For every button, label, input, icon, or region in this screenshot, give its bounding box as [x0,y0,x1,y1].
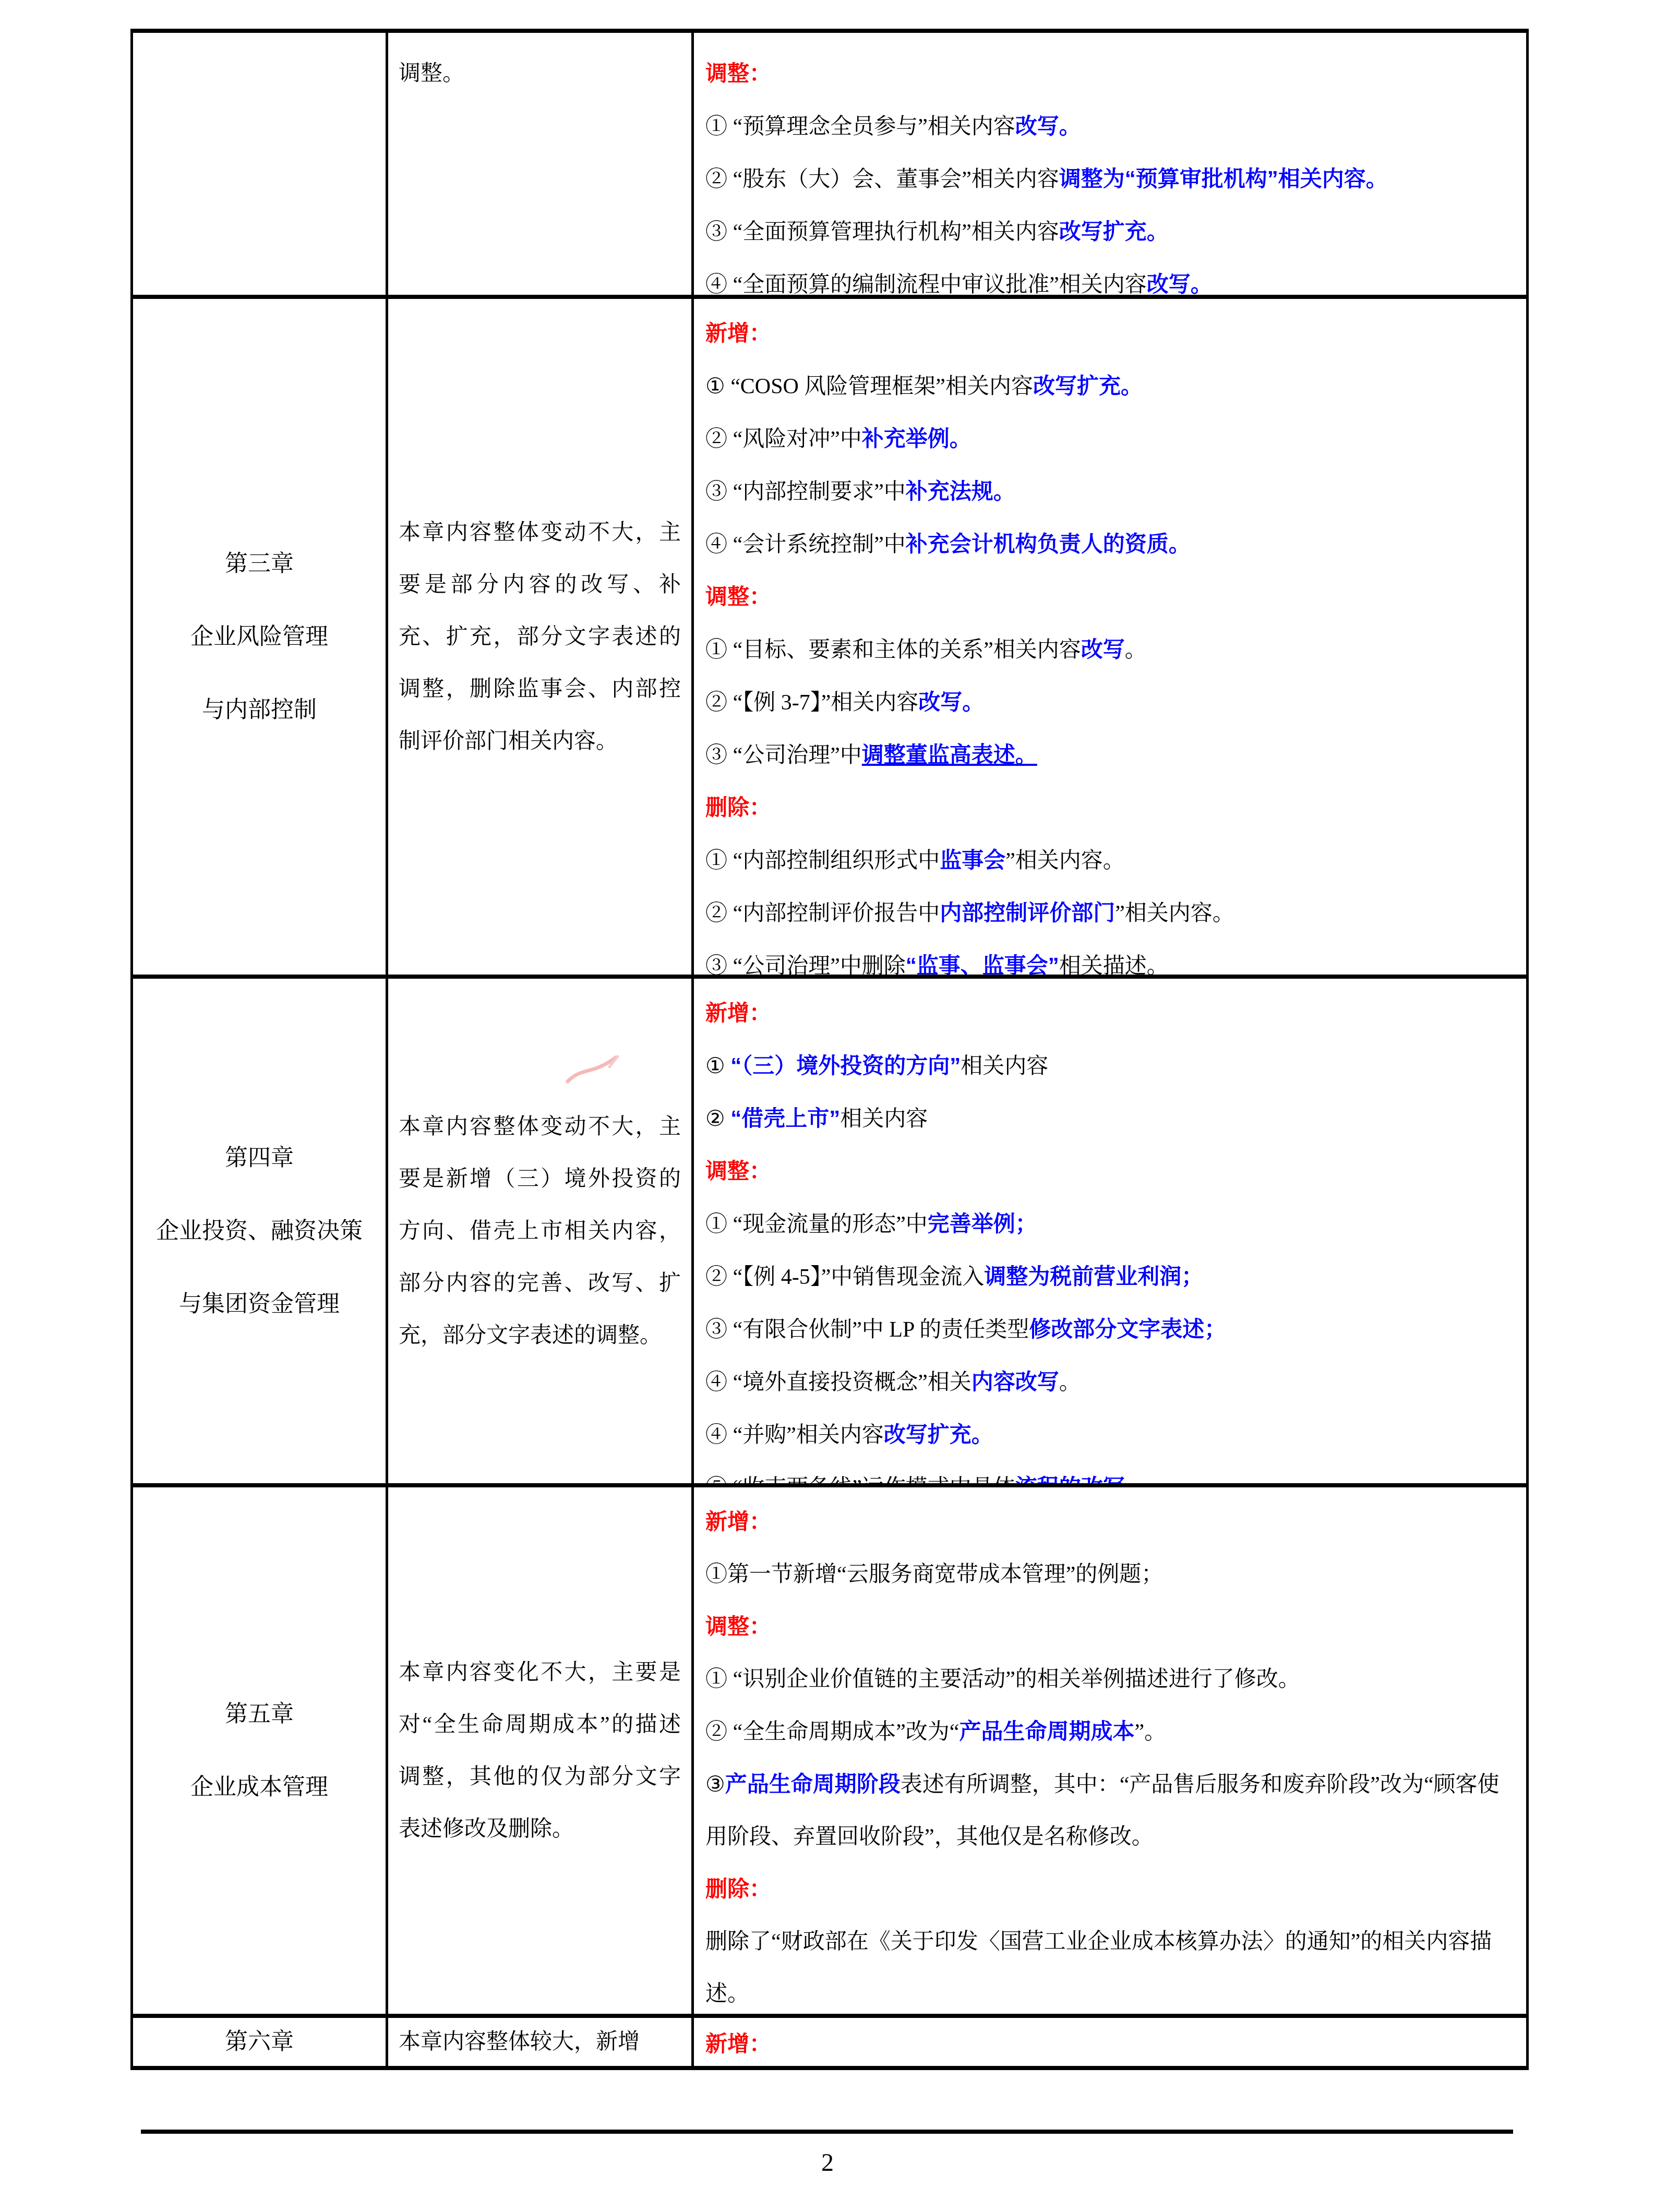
text-run: ① [705,1054,730,1078]
emphasis-run: 改写 [1081,637,1125,662]
table-row-2: 第四章企业投资、融资决策与集团资金管理本章内容整体变动不大，主要是新增（三）境外… [130,979,1529,1487]
change-item: ①第一节新增“云服务商宽带成本管理”的例题； [705,1548,1518,1601]
emphasis-run: “监事、监事会” [906,953,1059,975]
text-run: ③ [705,1773,725,1797]
page-number: 2 [0,2148,1655,2177]
text-run: ”相关内容。 [1115,901,1234,925]
section-label-run: 删除： [705,1877,771,1901]
summary-text: 本章内容变化不大，主要是对“全生命周期成本”的描述调整，其他的仅为部分文字表述修… [399,1646,681,1855]
change-item: ② “风险对冲”中补充举例。 [705,413,1518,465]
text-run: ② [705,1107,730,1131]
text-run: ① “内部控制组织形式中 [705,849,940,873]
emphasis-run: “（三）境外投资的方向” [730,1053,961,1078]
summary-cell: 本章内容整体变动不大，主要是部分内容的改写、补充、扩充，部分文字表述的调整，删除… [388,299,694,975]
text-run: ④ “全面预算的编制流程中审议批准”相关内容 [705,273,1147,295]
change-item: ③ “公司治理”中删除“监事、监事会”相关描述。 [705,940,1518,975]
details-cell: 新增：① “COSO 风险管理框架”相关内容改写扩充。② “风险对冲”中补充举例… [694,299,1529,975]
text-run: ③ “全面预算管理执行机构”相关内容 [705,220,1059,244]
details-cell: 新增：① “（三）境外投资的方向”相关内容② “借壳上市”相关内容调整：① “现… [694,979,1529,1483]
summary-cell: 调整。 [388,33,694,295]
text-run: 相关描述。 [1059,954,1169,975]
change-item: ① “目标、要素和主体的关系”相关内容改写。 [705,623,1518,676]
summary-text: 本章内容整体变动不大，主要是部分内容的改写、补充、扩充，部分文字表述的调整，删除… [399,507,681,767]
emphasis-run: 内容改写 [972,1369,1059,1394]
text-run: ③ “公司治理”中删除 [705,954,906,975]
section-label-run: 新增： [705,2031,771,2056]
section-label-run: 调整： [705,1614,771,1639]
text-run: ③ “有限合伙制”中 LP 的责任类型 [705,1318,1029,1342]
text-run: ④ “并购”相关内容 [705,1423,884,1447]
emphasis-run: 监事会 [940,848,1005,872]
emphasis-run: 修改部分文字表述； [1029,1317,1226,1341]
change-item: ④ “会计系统控制”中补充会计机构负责人的资质。 [705,518,1518,571]
change-item: ⑤ “收支两条线”运作模式中具体流程的改写。 [705,1461,1518,1483]
section-label-run: 新增： [705,321,771,345]
pink-scribble-artifact [563,1051,626,1088]
change-section-header: 调整： [705,47,1518,100]
chapter-line: 第四章 [225,1122,294,1195]
text-run: 。 [1125,638,1147,662]
change-item: ① “内部控制组织形式中监事会”相关内容。 [705,834,1518,887]
change-item: ② “【例 3-7】”相关内容改写。 [705,676,1518,729]
summary-text: 本章内容整体变动不大，主要是新增（三）境外投资的方向、借壳上市相关内容，部分内容… [399,1101,681,1362]
change-item: ① “（三）境外投资的方向”相关内容 [705,1040,1518,1092]
document-page: 调整。调整：① “预算理念全员参与”相关内容改写。② “股东（大）会、董事会”相… [0,0,1655,2212]
emphasis-run: 改写扩充。 [884,1422,993,1447]
text-run: ② “股东（大）会、董事会”相关内容 [705,167,1059,191]
text-run: 。 [1059,1371,1081,1394]
emphasis-run: 调整为税前营业利润； [984,1264,1203,1289]
change-item: ② “全生命周期成本”改为“产品生命周期成本”。 [705,1705,1518,1758]
chapter-cell: 第三章企业风险管理与内部控制 [130,299,388,975]
chapter-line: 企业成本管理 [190,1751,328,1824]
emphasis-run: 产品生命周期成本 [959,1719,1134,1744]
change-item: ③ “全面预算管理执行机构”相关内容改写扩充。 [705,206,1518,258]
table-row-1: 第三章企业风险管理与内部控制本章内容整体变动不大，主要是部分内容的改写、补充、扩… [130,299,1529,979]
summary-cell: 本章内容整体变动不大，主要是新增（三）境外投资的方向、借壳上市相关内容，部分内容… [388,979,694,1483]
change-item: ① “COSO 风险管理框架”相关内容改写扩充。 [705,360,1518,413]
summary-cell: 本章内容变化不大，主要是对“全生命周期成本”的描述调整，其他的仅为部分文字表述修… [388,1487,694,2014]
text-run: ③ “内部控制要求”中 [705,480,906,504]
chapter-line: 第六章 [225,2018,294,2066]
chapter-cell [130,33,388,295]
emphasis-run: 完善举例； [928,1211,1037,1236]
table-row-0: 调整。调整：① “预算理念全员参与”相关内容改写。② “股东（大）会、董事会”相… [130,33,1529,299]
emphasis-run: 产品生命周期阶段 [725,1772,901,1796]
change-item: ② “【例 4-5】”中销售现金流入调整为税前营业利润； [705,1251,1518,1303]
section-label-run: 调整： [705,584,771,609]
change-section-header: 调整： [705,1601,1518,1653]
emphasis-run: 改写。 [918,690,984,714]
section-label-run: 新增： [705,1001,771,1025]
change-item: ④ “境外直接投资概念”相关内容改写。 [705,1356,1518,1409]
details-cell: 调整：① “预算理念全员参与”相关内容改写。② “股东（大）会、董事会”相关内容… [694,33,1529,295]
text-run: 相关内容 [961,1054,1048,1078]
text-run: ② “【例 3-7】”相关内容 [705,691,918,715]
summary-text: 调整。 [399,47,681,100]
text-run: ② “全生命周期成本”改为“ [705,1720,959,1744]
change-section-header: 调整： [705,571,1518,623]
change-item: ③ “公司治理”中调整董监高表述。 [705,729,1518,782]
text-run: ④ “境外直接投资概念”相关 [705,1371,972,1394]
textbook-changes-table: 调整。调整：① “预算理念全员参与”相关内容改写。② “股东（大）会、董事会”相… [130,29,1529,2070]
text-run: ① “目标、要素和主体的关系”相关内容 [705,638,1081,662]
change-item: ③ “有限合伙制”中 LP 的责任类型修改部分文字表述； [705,1303,1518,1356]
text-run: 相关内容 [840,1107,928,1131]
change-item: ② “借壳上市”相关内容 [705,1092,1518,1145]
chapter-line: 与内部控制 [202,674,317,747]
text-run: ① “COSO 风险管理框架”相关内容 [705,375,1033,399]
emphasis-run: 补充举例。 [862,426,972,451]
table-row-4: 第六章本章内容整体较大，新增新增： [130,2018,1529,2070]
change-item: ④ “并购”相关内容改写扩充。 [705,1409,1518,1461]
emphasis-run: 内部控制评价部门 [940,900,1115,925]
change-section-header: 删除： [705,1863,1518,1916]
text-run: ③ “公司治理”中 [705,743,862,767]
chapter-cell: 第六章 [130,2018,388,2066]
summary-text: 本章内容整体较大，新增 [399,2018,681,2066]
text-run: ①第一节新增“云服务商宽带成本管理”的例题； [705,1562,1163,1586]
chapter-line: 企业风险管理 [190,600,328,674]
text-run: ”相关内容。 [1005,849,1125,873]
section-label-run: 删除： [705,795,771,820]
change-item: ③产品生命周期阶段表述有所调整，其中：“产品售后服务和废弃阶段”改为“顾客使用阶… [705,1758,1518,1863]
change-section-header: 新增： [705,307,1518,360]
chapter-line: 第三章 [225,527,294,600]
emphasis-run: 改写扩充。 [1059,219,1169,244]
emphasis-run: “借壳上市” [730,1106,840,1131]
text-run: ② “【例 4-5】”中销售现金流入 [705,1265,984,1289]
change-item: ④ “全面预算的编制流程中审议批准”相关内容改写。 [705,258,1518,295]
footer-divider-line [141,2130,1513,2134]
chapter-line: 与集团资金管理 [179,1268,340,1341]
change-item: ③ “内部控制要求”中补充法规。 [705,465,1518,518]
text-run: ”。 [1134,1720,1166,1744]
change-section-header: 新增： [705,1496,1518,1548]
emphasis-run: 改写扩充。 [1033,374,1143,398]
section-label-run: 调整： [705,1159,771,1183]
table-row-3: 第五章企业成本管理本章内容变化不大，主要是对“全生命周期成本”的描述调整，其他的… [130,1487,1529,2018]
details-cell: 新增：①第一节新增“云服务商宽带成本管理”的例题；调整：① “识别企业价值链的主… [694,1487,1529,2014]
change-section-header: 删除： [705,782,1518,834]
emphasis-run: 改写。 [1147,272,1213,295]
emphasis-run: 流程的改写。 [1015,1475,1147,1483]
emphasis-run: 补充法规。 [906,479,1015,503]
emphasis-run: 调整董监高表述。 [862,742,1037,767]
text-run: ① “识别企业价值链的主要活动”的相关举例描述进行了修改。 [705,1667,1300,1691]
text-run: ④ “会计系统控制”中 [705,533,906,557]
change-section-header: 新增： [705,2018,1518,2066]
change-item: ① “现金流量的形态”中完善举例； [705,1198,1518,1251]
change-item: ② “内部控制评价报告中内部控制评价部门”相关内容。 [705,887,1518,940]
change-item: ① “预算理念全员参与”相关内容改写。 [705,100,1518,153]
change-item: 删除了“财政部在《关于印发〈国营工业企业成本核算办法〉的通知”的相关内容描述。 [705,1916,1518,2014]
emphasis-run: 调整为“预算审批机构”相关内容。 [1059,166,1388,191]
chapter-cell: 第四章企业投资、融资决策与集团资金管理 [130,979,388,1483]
emphasis-run: 补充会计机构负责人的资质。 [906,532,1191,556]
text-run: ① “现金流量的形态”中 [705,1212,928,1236]
text-run: ① “预算理念全员参与”相关内容 [705,115,1015,139]
change-item: ② “股东（大）会、董事会”相关内容调整为“预算审批机构”相关内容。 [705,153,1518,206]
change-item: ① “识别企业价值链的主要活动”的相关举例描述进行了修改。 [705,1653,1518,1705]
emphasis-run: 改写。 [1015,114,1081,138]
text-run: ② “风险对冲”中 [705,427,862,451]
change-section-header: 新增： [705,987,1518,1040]
text-run: ② “内部控制评价报告中 [705,901,940,925]
section-label-run: 新增： [705,1509,771,1534]
text-run: 删除了“财政部在《关于印发〈国营工业企业成本核算办法〉的通知”的相关内容描述。 [705,1930,1492,2006]
text-run: ⑤ “收支两条线”运作模式中具体 [705,1476,1015,1483]
summary-cell: 本章内容整体较大，新增 [388,2018,694,2066]
chapter-line: 第五章 [225,1678,294,1751]
change-section-header: 调整： [705,1145,1518,1198]
chapter-cell: 第五章企业成本管理 [130,1487,388,2014]
chapter-line: 企业投资、融资决策 [156,1195,363,1268]
section-label-run: 调整： [705,61,771,86]
details-cell: 新增： [694,2018,1529,2066]
